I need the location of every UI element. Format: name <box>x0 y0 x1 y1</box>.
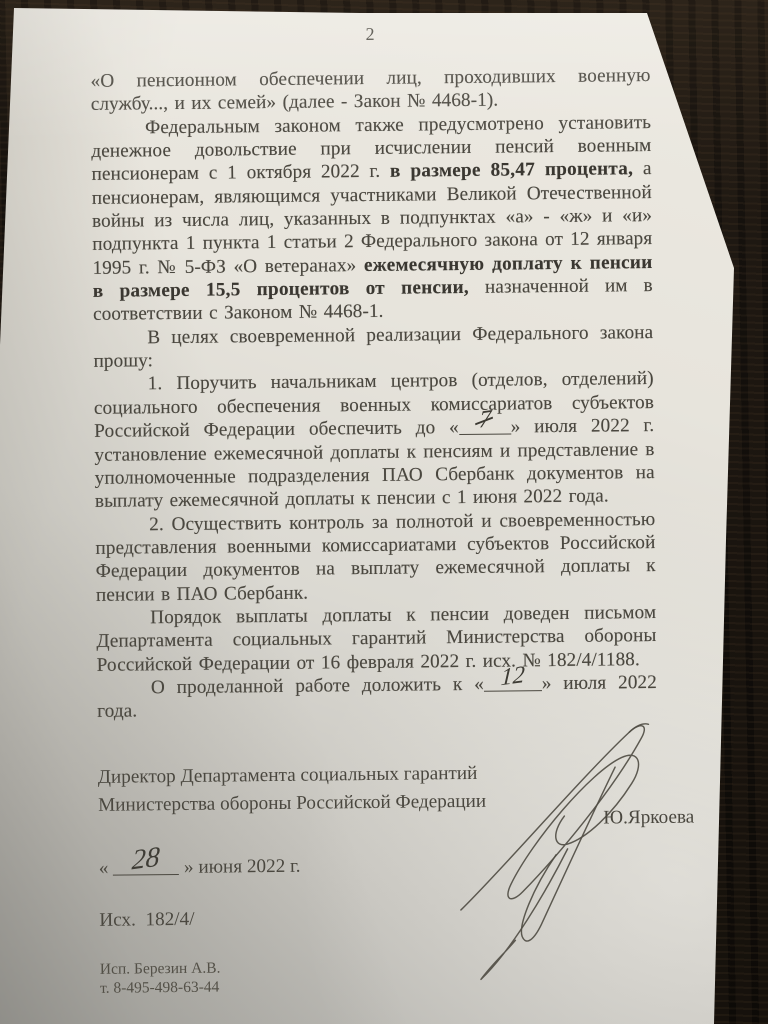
date-line: « 28 » июня 2022 г. <box>99 852 659 880</box>
page-number: 2 <box>90 21 650 48</box>
paragraph: В целях своевременной реализации Федерал… <box>93 321 653 374</box>
text-run: О проделанной работе доложить к « <box>151 674 484 698</box>
date-open-quote: « <box>99 857 114 878</box>
paragraph: Федеральным законом также предусмотрено … <box>91 111 653 327</box>
paper-sheet: 2 «О пенсионном обеспечении лиц, проходи… <box>0 0 768 1024</box>
text-run: Порядок выплаты доплаты к пенсии доведен… <box>96 602 656 676</box>
paragraph: «О пенсионном обеспечении лиц, проходивш… <box>90 64 650 117</box>
paragraph: Порядок выплаты доплаты к пенсии доведен… <box>96 601 657 677</box>
signature-scribble <box>449 705 684 989</box>
document-body: «О пенсионном обеспечении лиц, проходивш… <box>90 64 657 723</box>
fill-in-blank: 12 <box>484 675 542 692</box>
text-run: В целях своевременной реализации Федерал… <box>93 322 653 372</box>
handwritten-number: 7 <box>478 407 491 433</box>
text-run: «О пенсионном обеспечении лиц, проходивш… <box>90 65 650 115</box>
outgoing-number: Исх. 182/4/ <box>99 904 659 932</box>
photo-background: 2 «О пенсионном обеспечении лиц, проходи… <box>0 0 768 1024</box>
paragraph: 2. Осуществить контроль за полнотой и св… <box>95 508 656 607</box>
signature-section: Директор Департамента социальных гаранти… <box>98 758 659 820</box>
text-run: 2. Осуществить контроль за полнотой и св… <box>95 509 655 606</box>
paragraph: О проделанной работе доложить к «12» июл… <box>97 671 657 724</box>
signer-name: Ю.Яркоева <box>603 803 694 832</box>
paragraph: 1. Поручить начальникам центров (отделов… <box>94 367 655 513</box>
date-blank: 28 <box>113 859 179 876</box>
signature-title-line-2: Министерства обороны Российской Федераци… <box>98 786 658 820</box>
fill-in-blank: 7 <box>459 419 511 436</box>
handwritten-day: 28 <box>131 843 160 875</box>
date-suffix: » июня 2022 г. <box>179 855 301 877</box>
executor-block: Исп. Березин А.В. т. 8-495-498-63-44 <box>100 954 660 998</box>
handwritten-number: 12 <box>500 663 525 691</box>
page-content: 2 «О пенсионном обеспечении лиц, проходи… <box>90 21 660 997</box>
bold-text-run: в размере 85,47 процента, <box>390 159 633 183</box>
